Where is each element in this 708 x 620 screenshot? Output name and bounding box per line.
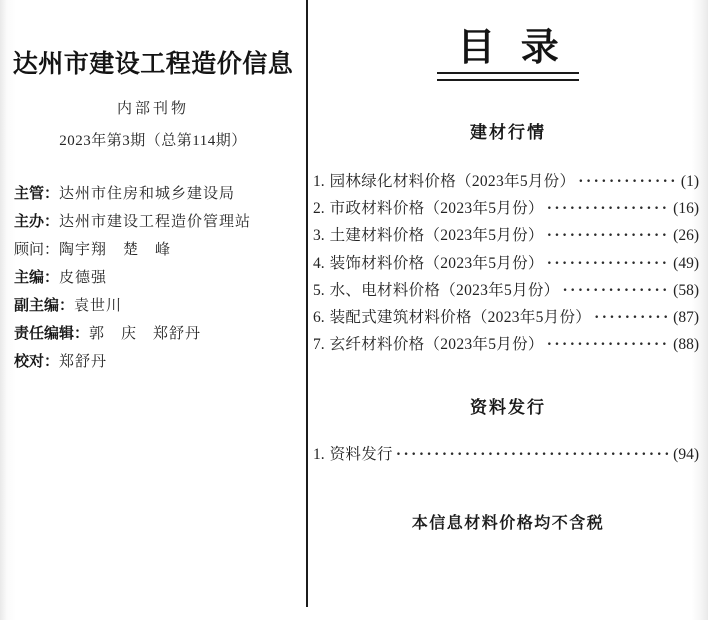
page-number: (26) — [673, 222, 699, 249]
staff-row-supervisor: 主管：达州市住房和城乡建设局 — [14, 180, 296, 208]
toc-list-distribution: 1.资料发行(94) — [308, 441, 708, 468]
staff-row-organizer: 主办：达州市建设工程造价管理站 — [14, 208, 296, 236]
staff-value: 达州市住房和城乡建设局 — [59, 186, 235, 202]
toc-item: 2.市政材料价格（2023年5月份）(16) — [313, 195, 699, 222]
toc-item: 3.土建材料价格（2023年5月份）(26) — [313, 222, 699, 249]
item-number: 7. — [313, 331, 325, 358]
section-heading-distribution: 资料发行 — [308, 393, 708, 418]
staff-label: 顾问： — [14, 241, 59, 258]
staff-label: 主编： — [14, 269, 59, 286]
page-number: (94) — [673, 441, 699, 468]
staff-value: 郭 庆 郑舒丹 — [89, 326, 201, 342]
issue-number: 2023年第3期（总第114期） — [0, 129, 306, 150]
tax-exclusion-note: 本信息材料价格均不含税 — [308, 510, 708, 533]
staff-label: 责任编辑： — [14, 325, 89, 342]
staff-value: 陶宇翔 楚 峰 — [59, 242, 171, 258]
staff-row-deputy-editor: 副主编：袁世川 — [14, 292, 296, 320]
item-title: 市政材料价格（2023年5月份） — [330, 195, 544, 222]
toc-item: 6.装配式建筑材料价格（2023年5月份）(87) — [313, 304, 699, 331]
staff-row-chief-editor: 主编：皮德强 — [14, 264, 296, 292]
staff-value: 皮德强 — [59, 270, 107, 286]
dot-leader — [396, 441, 670, 468]
item-number: 3. — [313, 222, 325, 249]
page-number: (16) — [673, 195, 699, 222]
page-number: (58) — [673, 277, 699, 304]
dot-leader — [547, 195, 670, 222]
section-heading-building-materials: 建材行情 — [308, 118, 708, 143]
item-title: 资料发行 — [330, 441, 393, 468]
staff-row-executive-editor: 责任编辑：郭 庆 郑舒丹 — [14, 320, 296, 348]
item-number: 4. — [313, 250, 325, 277]
item-title: 园林绿化材料价格（2023年5月份） — [330, 168, 576, 195]
dot-leader — [594, 304, 670, 331]
toc-item: 7.玄纤材料价格（2023年5月份）(88) — [313, 331, 699, 358]
item-number: 1. — [313, 441, 325, 468]
masthead-column: 达州市建设工程造价信息 内部刊物 2023年第3期（总第114期） 主管：达州市… — [0, 0, 306, 376]
page-number: (49) — [673, 250, 699, 277]
item-title: 水、电材料价格（2023年5月份） — [330, 277, 560, 304]
dot-leader — [547, 331, 670, 358]
toc-item: 4.装饰材料价格（2023年5月份）(49) — [313, 250, 699, 277]
item-number: 2. — [313, 195, 325, 222]
staff-row-advisor: 顾问：陶宇翔 楚 峰 — [14, 236, 296, 264]
staff-label: 校对： — [14, 353, 59, 370]
page-number: (1) — [681, 168, 699, 195]
toc-list-building-materials: 1.园林绿化材料价格（2023年5月份）(1) 2.市政材料价格（2023年5月… — [308, 168, 708, 358]
staff-list: 主管：达州市住房和城乡建设局 主办：达州市建设工程造价管理站 顾问：陶宇翔 楚 … — [14, 180, 296, 376]
toc-item: 1.园林绿化材料价格（2023年5月份）(1) — [313, 168, 699, 195]
dot-leader — [547, 250, 670, 277]
item-title: 装饰材料价格（2023年5月份） — [330, 250, 544, 277]
staff-value: 达州市建设工程造价管理站 — [59, 214, 251, 230]
staff-label: 副主编： — [14, 297, 74, 314]
item-number: 5. — [313, 277, 325, 304]
item-title: 装配式建筑材料价格（2023年5月份） — [330, 304, 591, 331]
dot-leader — [578, 168, 678, 195]
item-number: 1. — [313, 168, 325, 195]
dot-leader — [562, 277, 670, 304]
dot-leader — [547, 222, 670, 249]
page-number: (87) — [673, 304, 699, 331]
staff-label: 主办： — [14, 213, 59, 230]
staff-value: 袁世川 — [74, 298, 122, 314]
publication-title: 达州市建设工程造价信息 — [0, 44, 306, 80]
toc-title: 目 录 — [308, 27, 708, 69]
toc-item: 1.资料发行(94) — [313, 441, 699, 468]
item-number: 6. — [313, 304, 325, 331]
toc-item: 5.水、电材料价格（2023年5月份）(58) — [313, 277, 699, 304]
toc-column: 目 录 建材行情 1.园林绿化材料价格（2023年5月份）(1) 2.市政材料价… — [308, 0, 708, 533]
staff-value: 郑舒丹 — [59, 354, 107, 370]
page-number: (88) — [673, 331, 699, 358]
staff-label: 主管： — [14, 185, 59, 202]
staff-row-proofreader: 校对：郑舒丹 — [14, 348, 296, 376]
item-title: 玄纤材料价格（2023年5月份） — [330, 331, 544, 358]
document-page: 达州市建设工程造价信息 内部刊物 2023年第3期（总第114期） 主管：达州市… — [0, 0, 708, 620]
publication-type: 内部刊物 — [0, 97, 306, 118]
item-title: 土建材料价格（2023年5月份） — [330, 222, 544, 249]
toc-title-double-underline — [437, 72, 579, 81]
